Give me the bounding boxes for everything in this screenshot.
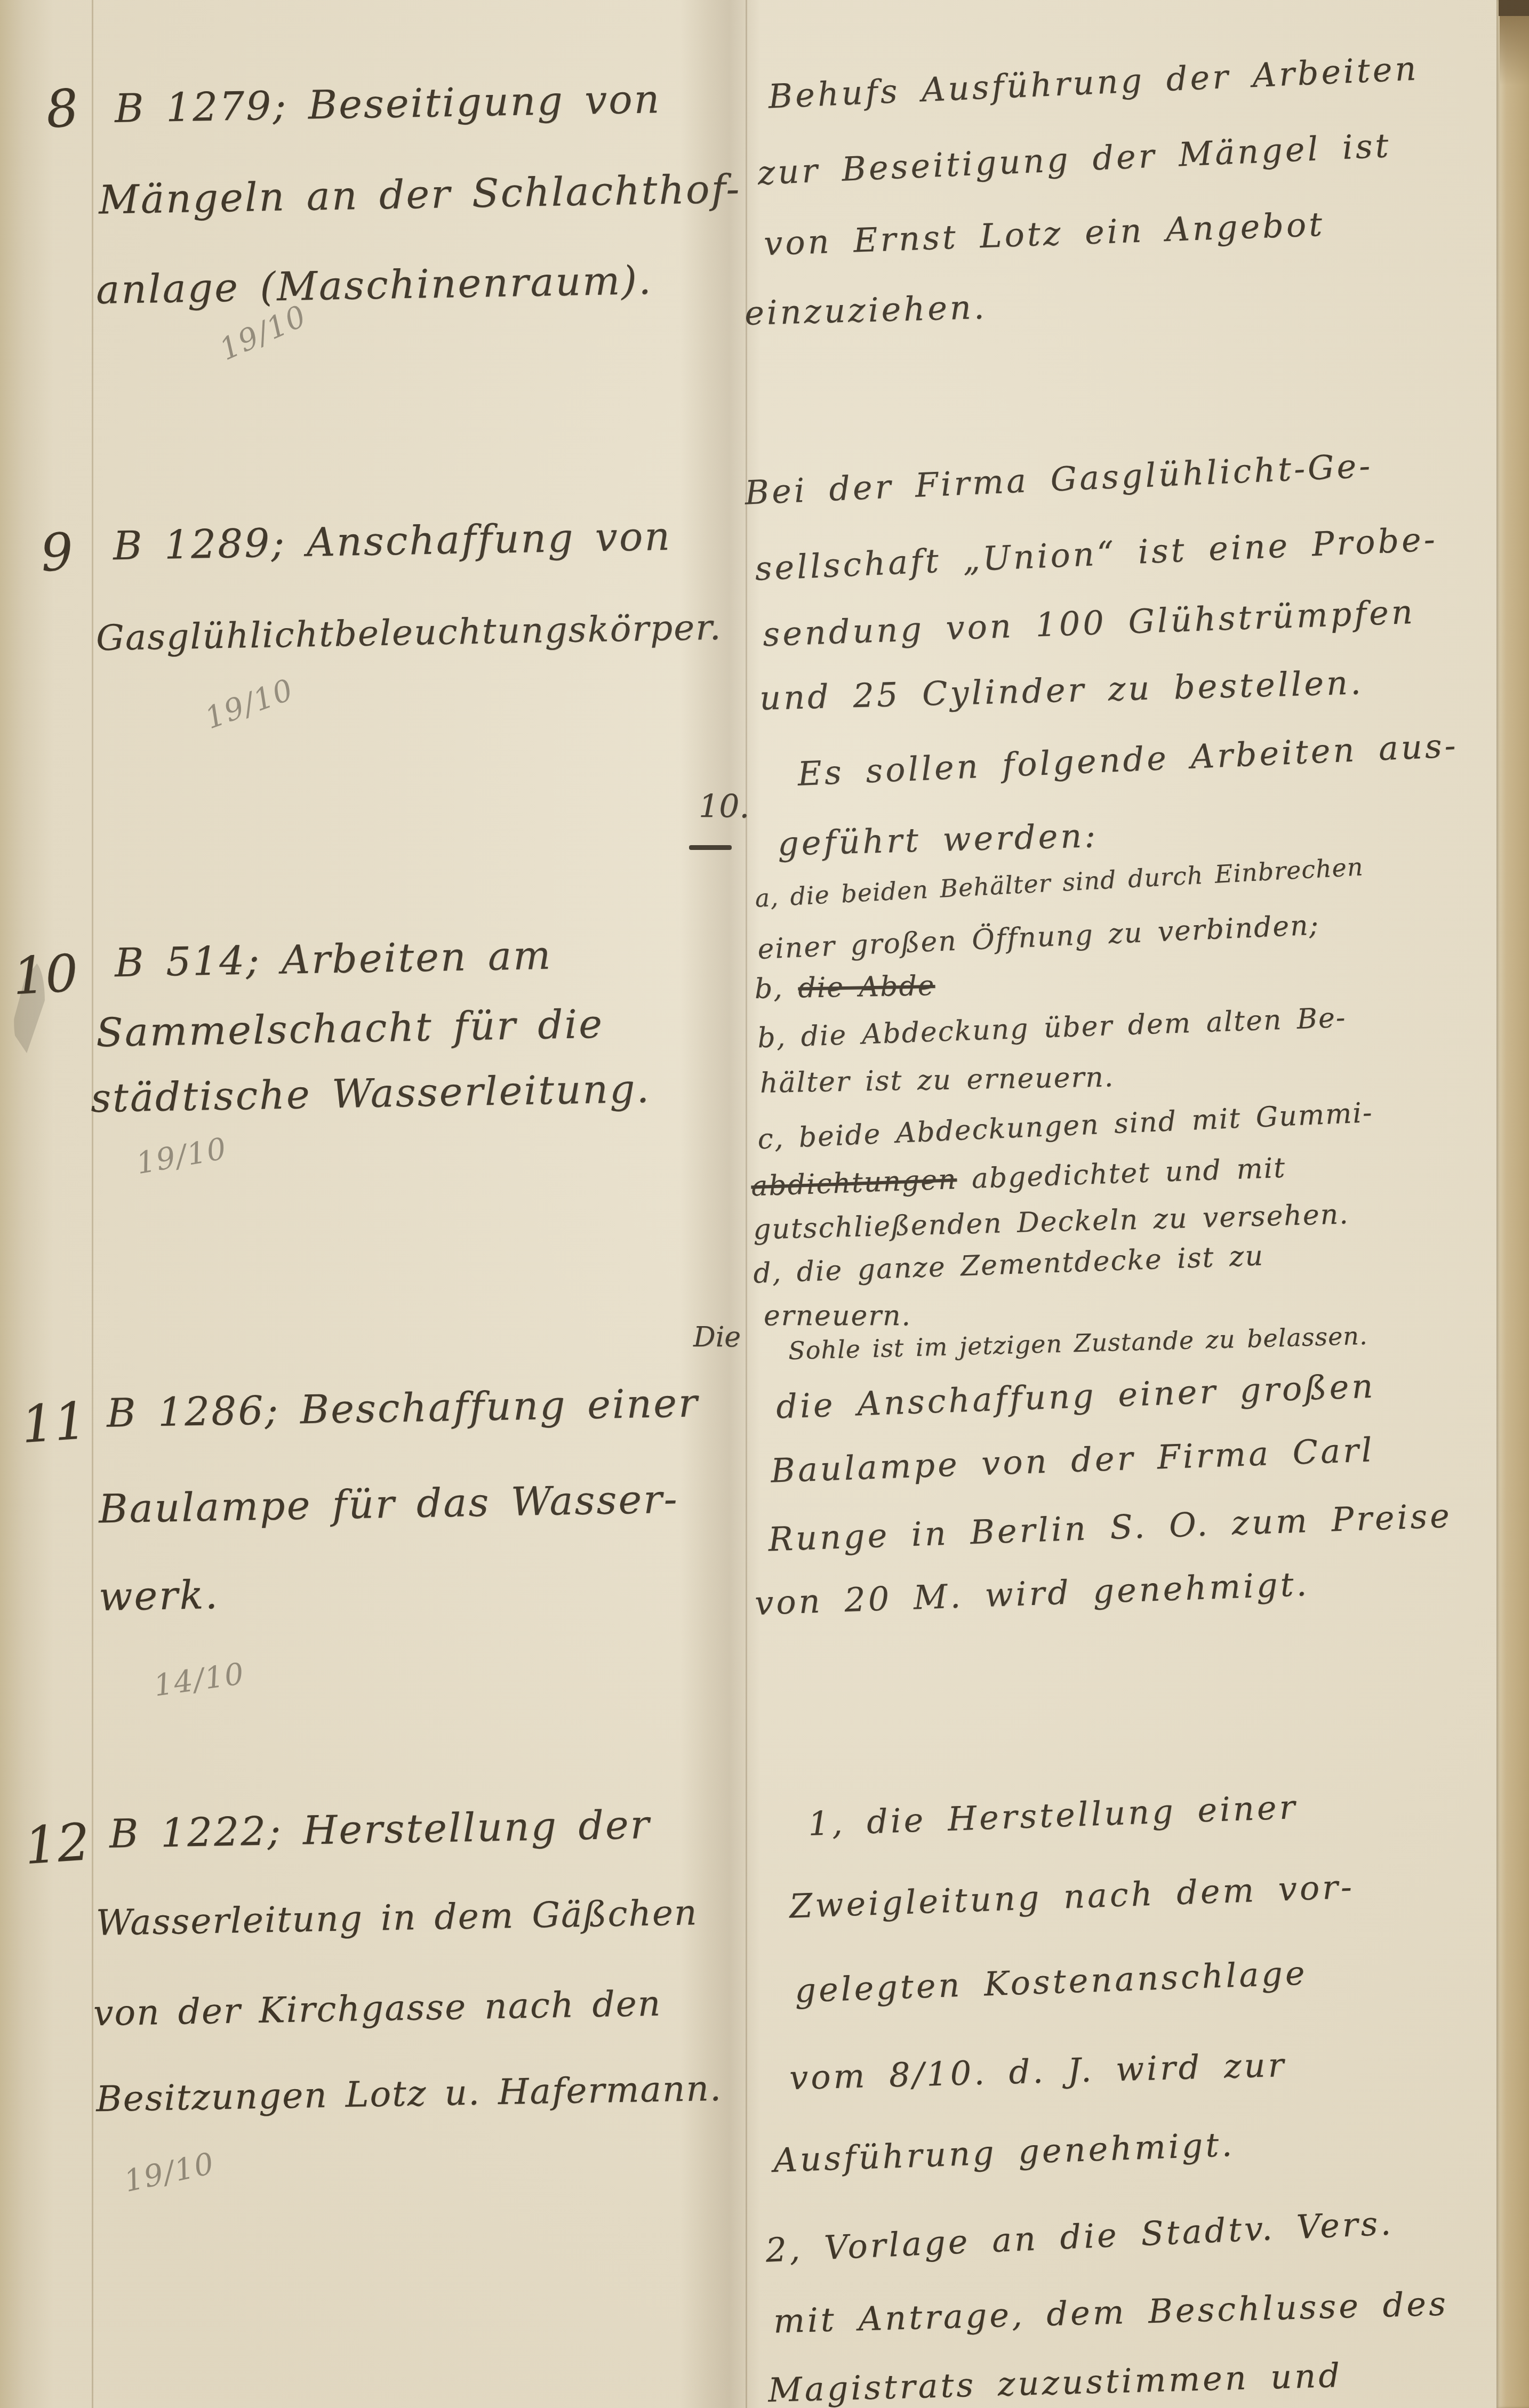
entry-12-resolution-line: vom 8/10. d. J. wird zur — [789, 2045, 1287, 2097]
entry-8-resolution-line: einzuziehen. — [744, 287, 987, 333]
entry-10-resolution-line: erneuern. — [764, 1300, 911, 1332]
entry-10-margin-underline — [689, 845, 732, 850]
entry-8-resolution-line: von Ernst Lotz ein Angebot — [763, 205, 1325, 263]
entry-12-subject-line: Besitzungen Lotz u. Hafermann. — [95, 2068, 722, 2120]
entry-10-resolution-line: d, die ganze Zementdecke ist zu — [753, 1240, 1264, 1289]
left-margin-rule — [92, 0, 93, 2408]
struck-text: abdichtungen — [750, 1163, 957, 1202]
entry-12-resolution-line: Magistrats zuzustimmen und — [767, 2356, 1343, 2408]
entry-10-resolution-line: abdichtungen abgedichtet und mit — [750, 1152, 1286, 1203]
entry-10-resolution-line: einer großen Öffnung zu verbinden; — [757, 909, 1320, 966]
entry-10-margin-word: Die — [693, 1321, 741, 1353]
entry-10-subject-line: B 514; Arbeiten am — [114, 933, 553, 986]
page-right-edge — [1496, 0, 1529, 2408]
gutter-crease-line — [746, 0, 747, 2408]
entry-8-subject-line: B 1279; Beseitigung von — [114, 76, 661, 132]
entry-10-resolution-line: geführt werden: — [777, 816, 1099, 863]
entry-12-date-pencil: 19/10 — [121, 2146, 218, 2199]
entry-10-resolution-line: b, die Abdeckung über dem alten Be- — [757, 1002, 1347, 1055]
top-right-corner-fade — [1500, 16, 1529, 85]
entry-12-resolution-line: gelegten Kostenanschlage — [794, 1953, 1308, 2010]
entry-8-subject-line: anlage (Maschinenraum). — [95, 258, 653, 313]
entry-12-subject-line: B 1222; Herstellung der — [109, 1802, 651, 1857]
entry-11-subject-line: werk. — [98, 1572, 219, 1620]
entry-12-resolution-line: mit Antrage, dem Beschlusse des — [773, 2284, 1448, 2340]
entry-10-resolution-line: Es sollen folgende Arbeiten aus- — [797, 726, 1459, 793]
entry-11-resolution-line: Baulampe von der Firma Carl — [770, 1430, 1375, 1490]
entry-10-resolution-line: gutschließenden Deckeln zu versehen. — [753, 1198, 1349, 1246]
ledger-page: 8 B 1279; Beseitigung von Mängeln an der… — [0, 0, 1529, 2408]
entry-10-number: 10 — [11, 943, 79, 1006]
struck-text: die Abde — [798, 970, 935, 1004]
entry-10-resolution-line: c, beide Abdeckungen sind mit Gummi- — [757, 1097, 1373, 1155]
entry-8-resolution-line: Behufs Ausführung der Arbeiten — [767, 49, 1420, 116]
entry-11-resolution-line: von 20 M. wird genehmigt. — [754, 1564, 1310, 1623]
entry-10-subject-line: städtische Wasserleitung. — [90, 1066, 651, 1121]
entry-11-subject-line: Baulampe für das Wasser- — [98, 1476, 679, 1532]
entry-11-resolution-line: die Anschaffung einer großen — [775, 1366, 1376, 1426]
entry-9-subject-line: Gasglühlichtbeleuchtungskörper. — [95, 607, 722, 659]
entry-11-number: 11 — [19, 1391, 89, 1455]
entry-9-resolution-line: Bei der Firma Gasglühlicht-Ge- — [744, 446, 1374, 512]
entry-12-subject-line: Wasserleitung in dem Gäßchen — [95, 1892, 698, 1944]
entry-9-resolution-line: sellschaft „Union“ ist eine Probe- — [754, 519, 1438, 588]
page-left-edge-shadow — [0, 0, 53, 2408]
entry-12-resolution-line: Zweigleitung nach dem vor- — [789, 1867, 1355, 1926]
entry-11-subject-line: B 1286; Beschaffung einer — [106, 1380, 699, 1436]
entry-12-resolution-line: 1, die Herstellung einer — [807, 1787, 1298, 1843]
entry-9-resolution-line: und 25 Cylinder zu bestellen. — [759, 663, 1364, 718]
entry-9-number: 9 — [38, 521, 75, 583]
entry-8-resolution-line: zur Beseitigung der Mängel ist — [757, 126, 1392, 192]
entry-10-resolution-line: hälter ist zu erneuern. — [760, 1061, 1115, 1099]
entry-12-resolution-line: 2, Vorlage an die Stadtv. Vers. — [765, 2203, 1394, 2269]
entry-10-margin-number: 10. — [699, 788, 749, 825]
entry-10-subject-line: Sammelschacht für die — [95, 1001, 604, 1056]
entry-9-resolution-line: sendung von 100 Glühstrümpfen — [762, 592, 1416, 654]
entry-12-number: 12 — [22, 1812, 92, 1876]
top-right-corner-shadow — [1499, 0, 1529, 16]
entry-9-date-pencil: 19/10 — [201, 672, 298, 736]
entry-8-number: 8 — [43, 78, 81, 140]
entry-10-date-pencil: 19/10 — [134, 1131, 230, 1182]
entry-10-resolution-line: b, die Abde — [755, 970, 935, 1005]
entry-12-resolution-line: Ausführung genehmigt. — [773, 2125, 1235, 2180]
entry-9-subject-line: B 1289; Anschaffung von — [113, 513, 671, 569]
center-gutter-fold — [680, 0, 760, 2408]
entry-11-resolution-line: Runge in Berlin S. O. zum Preise — [767, 1496, 1453, 1559]
entry-8-subject-line: Mängeln an der Schlachthof- — [98, 166, 741, 223]
entry-11-date-pencil: 14/10 — [151, 1656, 247, 1703]
entry-12-subject-line: von der Kirchgasse nach den — [93, 1983, 661, 2034]
